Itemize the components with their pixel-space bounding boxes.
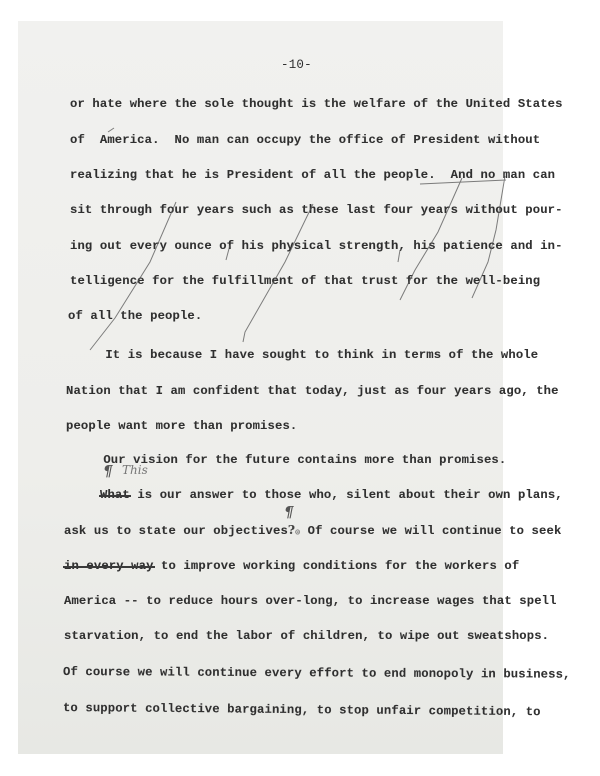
text-line-2: of America. No man can occupy the office…: [70, 133, 540, 147]
handwritten-insertion-this: This: [122, 463, 148, 477]
paragraph-mark-1: ¶: [103, 462, 113, 480]
text-line-4: sit through four years such as these las…: [70, 203, 563, 217]
paragraph-mark-2: ¶: [284, 503, 294, 521]
text-line-6: telligence for the fulfillment of that t…: [70, 274, 540, 288]
text-line-10: people want more than promises.: [66, 419, 297, 433]
text-line-7: of all the people.: [68, 309, 202, 323]
text-line-9: Nation that I am confident that today, j…: [66, 384, 559, 398]
text-line-17: Of course we will continue every effort …: [63, 665, 571, 682]
text-line-12: What is our answer to those who, silent …: [100, 488, 563, 502]
text-line-15: America -- to reduce hours over-long, to…: [64, 594, 557, 608]
struck-phrase-in-every-way: in every way: [64, 559, 154, 573]
text-line-16: starvation, to end the labor of children…: [64, 629, 549, 643]
struck-word-what: What: [100, 488, 130, 502]
text-line-1: or hate where the sole thought is the we…: [70, 97, 563, 111]
text-line-8: It is because I have sought to think in …: [68, 348, 538, 362]
text-line-14: in every way to improve working conditio…: [64, 559, 519, 573]
text-line-5: ing out every ounce of his physical stre…: [70, 239, 563, 253]
text-line-3: realizing that he is President of all th…: [70, 168, 555, 182]
page-number: -10-: [281, 58, 312, 72]
text-line-13: ask us to state our objectives?◎ Of cour…: [64, 523, 561, 538]
